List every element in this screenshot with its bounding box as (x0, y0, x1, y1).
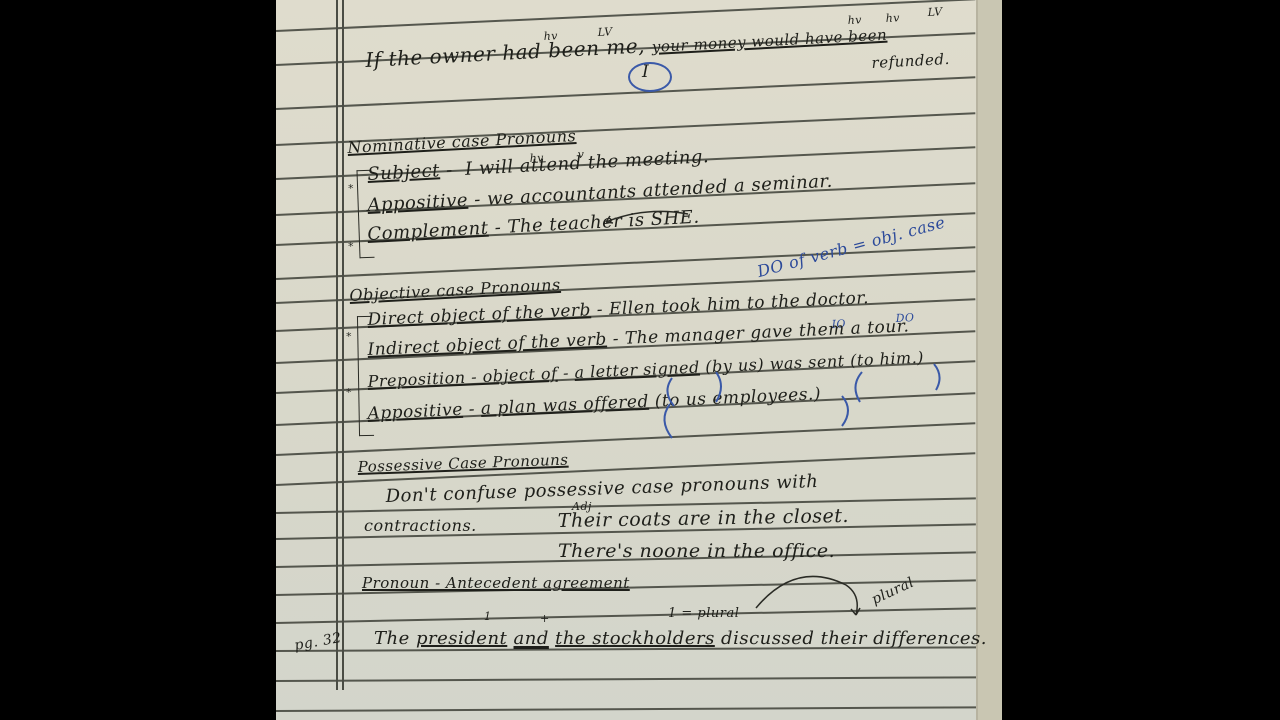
example-text: a plan was offered (480, 392, 649, 419)
example-text: There's noone in the office. (558, 540, 835, 562)
margin-line-right (342, 0, 344, 690)
example-text: a letter signed (574, 358, 700, 382)
example-text: was sent (769, 351, 845, 373)
word-me: me, (606, 33, 646, 59)
star-marker: * (348, 240, 354, 253)
term-complement: Complement (367, 218, 489, 245)
section-heading-antecedent: Pronoun - Antecedent agreement (362, 574, 630, 592)
word-been: been (548, 36, 601, 63)
term-direct-object: Direct object of the verb (367, 300, 591, 330)
word-president: president (416, 628, 507, 649)
dash: - (468, 399, 475, 419)
prepositional-phrase: (by us) (705, 355, 765, 377)
dash: - (563, 363, 570, 382)
star-marker: * (346, 330, 352, 343)
rule-line (276, 76, 975, 110)
prepositional-phrase: (to him.) (850, 348, 925, 370)
rule-line (276, 706, 976, 712)
term-appositive: Appositive (367, 400, 463, 424)
antecedent-sentence: The president and the stockholders discu… (374, 628, 987, 649)
word-had: had (502, 39, 542, 65)
sentence-rest: discussed their differences. (721, 628, 987, 649)
dash: - (474, 189, 482, 210)
math-one: 1 (484, 610, 492, 623)
star-marker: * (348, 182, 354, 195)
dash: - (446, 160, 454, 181)
correction-circle (628, 62, 672, 92)
term-appositive: Appositive (367, 190, 469, 216)
example-text: Ellen took him to the doctor. (609, 288, 870, 319)
correction-pronoun: I (642, 62, 649, 82)
example-text: The teacher is SHE. (507, 207, 700, 238)
example-text: I will attend the meeting. (465, 146, 710, 180)
sentence-line: If the owner had been me, your money wou… (365, 21, 888, 72)
example-text: we accountants attended a seminar. (486, 171, 833, 210)
word-and: and (514, 628, 549, 649)
sentence-text: If the owner (365, 41, 496, 72)
star-marker: * (346, 386, 352, 399)
rule-line (276, 607, 976, 624)
term-preposition: Preposition - object of (367, 364, 558, 391)
lined-paper: hv LV hv hv LV If the owner had been me,… (276, 0, 978, 720)
label-lv: LV (927, 5, 943, 19)
word: The (374, 628, 410, 649)
dash: - (596, 300, 603, 320)
dash: - (612, 329, 619, 349)
term-subject: Subject (367, 160, 440, 185)
section-heading-objective: Objective case Pronouns (349, 275, 561, 305)
math-equals-plural: 1 = plural (668, 606, 739, 621)
notebook-photo: hv LV hv hv LV If the owner had been me,… (276, 0, 1002, 720)
note-line: contractions. (364, 516, 477, 535)
word-stockholders: the stockholders (555, 628, 715, 649)
math-plus: + (540, 612, 550, 625)
rule-line (276, 676, 976, 682)
example-text: The manager gave them a tour. (624, 316, 909, 348)
sentence-text: your money would have been (651, 26, 887, 56)
word-refunded: refunded. (871, 50, 950, 72)
dash: - (494, 217, 502, 238)
objective-row: Appositive - a plan was offered (to us e… (367, 384, 821, 424)
margin-line-left (336, 0, 338, 690)
label-plural: plural (869, 574, 917, 608)
rule-line (276, 422, 975, 456)
term-indirect-object: Indirect object of the verb (367, 330, 607, 360)
label-hv: hv (885, 11, 900, 25)
prepositional-phrase: (to us employees.) (654, 384, 821, 411)
